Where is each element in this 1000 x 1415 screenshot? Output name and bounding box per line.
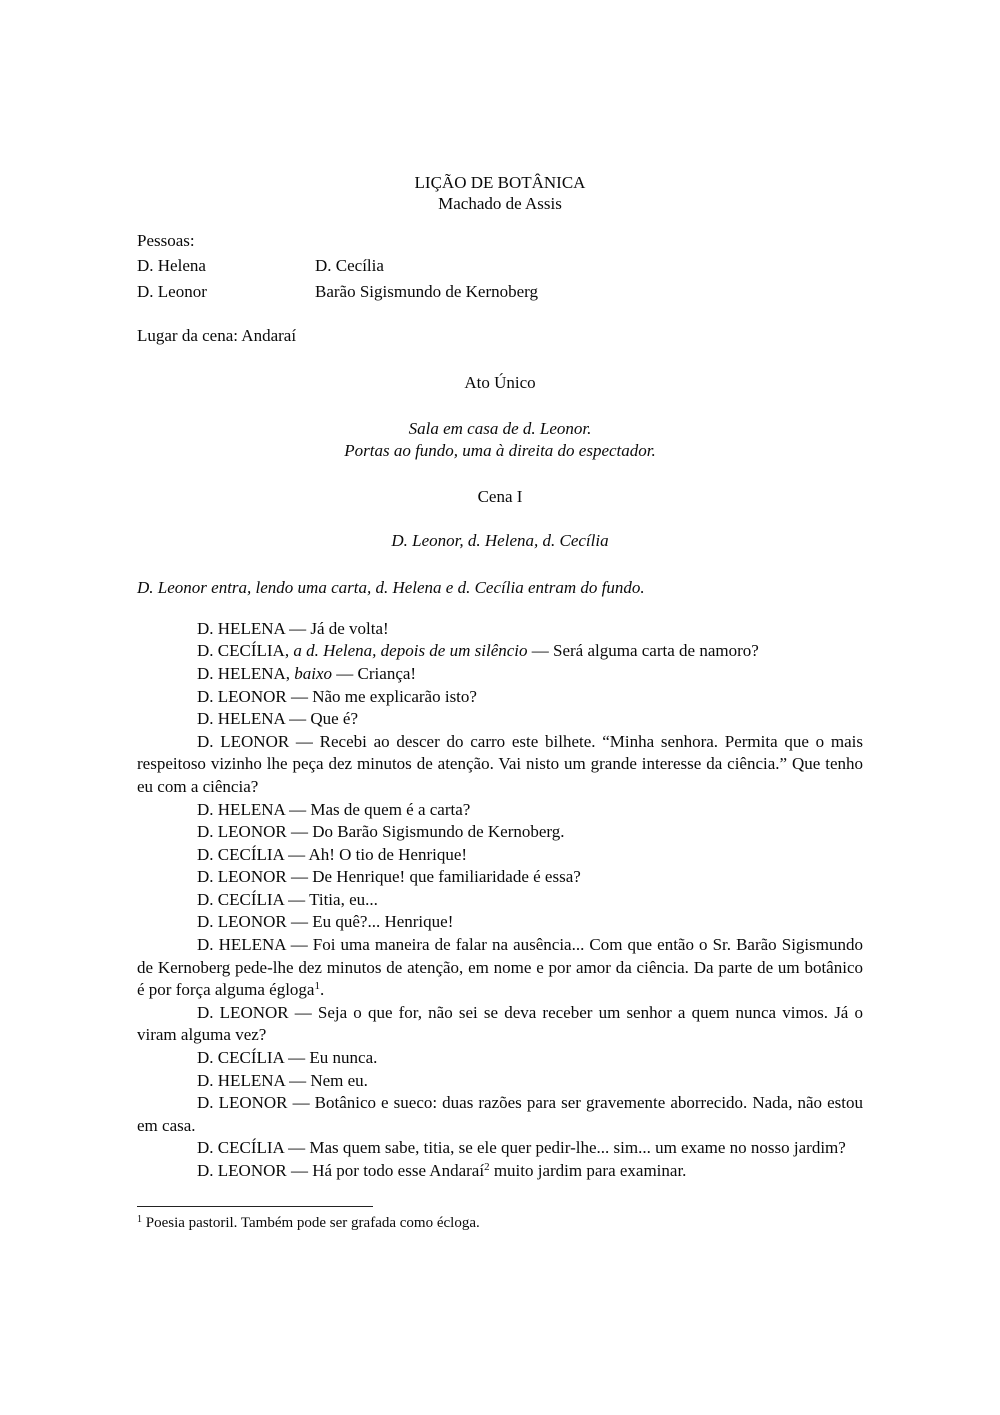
dialogue-paragraph: D. HELENA — Foi uma maneira de falar na …: [137, 934, 863, 1002]
dialogue-paragraph: D. LEONOR — Do Barão Sigismundo de Kerno…: [137, 821, 863, 844]
dialogue-paragraph: D. LEONOR — Botânico e sueco: duas razõe…: [137, 1092, 863, 1137]
dialogue-paragraph: D. LEONOR — Não me explicarão isto?: [137, 686, 863, 709]
scene-description-line: Sala em casa de d. Leonor.: [137, 418, 863, 441]
dialogue-paragraph: D. LEONOR — Eu quê?... Henrique!: [137, 911, 863, 934]
dialogue-paragraph: D. HELENA — Nem eu.: [137, 1070, 863, 1093]
cast-row: D. Helena D. Cecília: [137, 253, 863, 279]
scene-heading: Cena I: [137, 486, 863, 509]
dialogue-paragraph: D. CECÍLIA — Titia, eu...: [137, 889, 863, 912]
cast-name: Barão Sigismundo de Kernoberg: [315, 279, 538, 305]
cast-name: D. Leonor: [137, 279, 315, 305]
document-page: LIÇÃO DE BOTÂNICA Machado de Assis Pesso…: [0, 0, 1000, 1415]
dialogue-paragraph: D. LEONOR — Recebi ao descer do carro es…: [137, 731, 863, 799]
dialogue-paragraph: D. CECÍLIA, a d. Helena, depois de um si…: [137, 640, 863, 663]
dialogue-paragraph: D. CECÍLIA — Eu nunca.: [137, 1047, 863, 1070]
dialogue: D. HELENA — Já de volta!D. CECÍLIA, a d.…: [137, 618, 863, 1183]
dialogue-paragraph: D. LEONOR — Seja o que for, não sei se d…: [137, 1002, 863, 1047]
scene-description-line: Portas ao fundo, uma à direita do espect…: [137, 440, 863, 463]
footnote-rule: [137, 1206, 373, 1207]
dialogue-paragraph: D. LEONOR — Há por todo esse Andaraí2 mu…: [137, 1160, 863, 1183]
document-author: Machado de Assis: [137, 193, 863, 214]
act-heading: Ato Único: [137, 372, 863, 395]
dialogue-paragraph: D. LEONOR — De Henrique! que familiarida…: [137, 866, 863, 889]
stage-direction: D. Leonor entra, lendo uma carta, d. Hel…: [137, 577, 863, 600]
cast-name: D. Cecília: [315, 253, 384, 279]
title-block: LIÇÃO DE BOTÂNICA Machado de Assis: [137, 172, 863, 214]
scene-location: Lugar da cena: Andaraí: [137, 325, 863, 348]
cast-name: D. Helena: [137, 253, 315, 279]
cast-row: D. Leonor Barão Sigismundo de Kernoberg: [137, 279, 863, 305]
dialogue-paragraph: D. HELENA, baixo — Criança!: [137, 663, 863, 686]
dialogue-paragraph: D. HELENA — Que é?: [137, 708, 863, 731]
scene-description: Sala em casa de d. Leonor. Portas ao fun…: [137, 418, 863, 463]
document-title: LIÇÃO DE BOTÂNICA: [137, 172, 863, 193]
dialogue-paragraph: D. CECÍLIA — Mas quem sabe, titia, se el…: [137, 1137, 863, 1160]
scene-characters: D. Leonor, d. Helena, d. Cecília: [137, 530, 863, 553]
footnote: 1 Poesia pastoril. Também pode ser grafa…: [137, 1214, 863, 1233]
cast-label: Pessoas:: [137, 230, 863, 253]
dialogue-paragraph: D. HELENA — Já de volta!: [137, 618, 863, 641]
dialogue-paragraph: D. HELENA — Mas de quem é a carta?: [137, 799, 863, 822]
dialogue-paragraph: D. CECÍLIA — Ah! O tio de Henrique!: [137, 844, 863, 867]
